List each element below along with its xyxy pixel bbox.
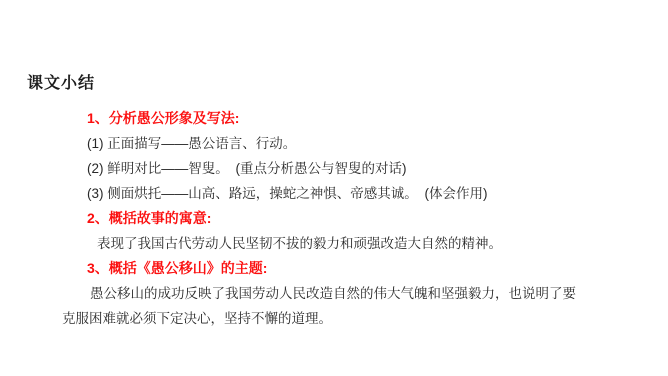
sub-point-3: (3) 侧面烘托——山高、路远，操蛇之神惧、帝感其诚。 (体会作用) <box>0 181 668 206</box>
section-heading-3: 3、概括《愚公移山》的主题: <box>0 256 668 281</box>
sub-point-2: (2) 鲜明对比——智叟。 (重点分析愚公与智叟的对话) <box>0 156 668 181</box>
section-heading-1: 1、分析愚公形象及写法: <box>0 106 668 131</box>
sub-point-1: (1) 正面描写——愚公语言、行动。 <box>0 131 668 156</box>
section-heading-2: 2、概括故事的寓意: <box>0 206 668 231</box>
moral-statement: 表现了我国古代劳动人民坚韧不拔的毅力和顽强改造大自然的精神。 <box>0 231 668 256</box>
slide-title: 课文小结 <box>27 70 95 93</box>
lesson-summary-slide: 课文小结 1、分析愚公形象及写法: (1) 正面描写——愚公语言、行动。 (2)… <box>0 0 668 376</box>
slide-body: 1、分析愚公形象及写法: (1) 正面描写——愚公语言、行动。 (2) 鲜明对比… <box>0 106 668 331</box>
theme-paragraph: 愚公移山的成功反映了我国劳动人民改造自然的伟大气魄和坚强毅力，也说明了要克服困难… <box>0 281 585 331</box>
